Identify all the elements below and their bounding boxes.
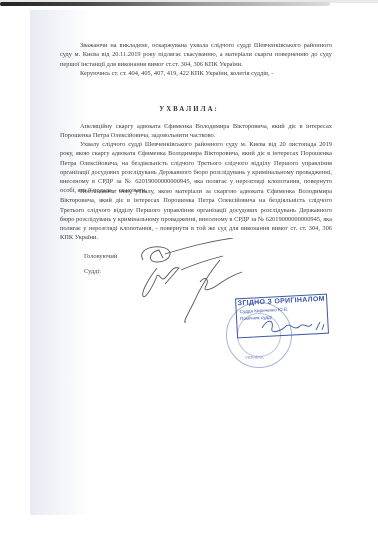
seal-text: УКРАЇНА — [245, 355, 264, 360]
resolution-item-3: Постановити нову ухвалу, якою матеріали … — [60, 187, 332, 243]
stamp-signature-icon — [258, 310, 328, 340]
document-page: Зважаючи на викладене, оскаржувана ухвал… — [0, 0, 378, 535]
paragraph-conclusion: Зважаючи на викладене, оскаржувана ухвал… — [60, 41, 332, 69]
presiding-judge-label: Головуючий — [84, 253, 117, 260]
resolution-item-1: Апеляційну скаргу адвоката Єфименка Воло… — [60, 122, 332, 141]
scan-left-shadow — [30, 10, 90, 515]
judges-label: Судді: — [84, 268, 101, 275]
resolution-heading: УХВАЛИЛА: — [0, 106, 378, 113]
scan-top-edge — [0, 2, 330, 6]
paragraph-guided-by: Керуючись ст. ст. 404, 405, 407, 419, 42… — [60, 69, 332, 78]
